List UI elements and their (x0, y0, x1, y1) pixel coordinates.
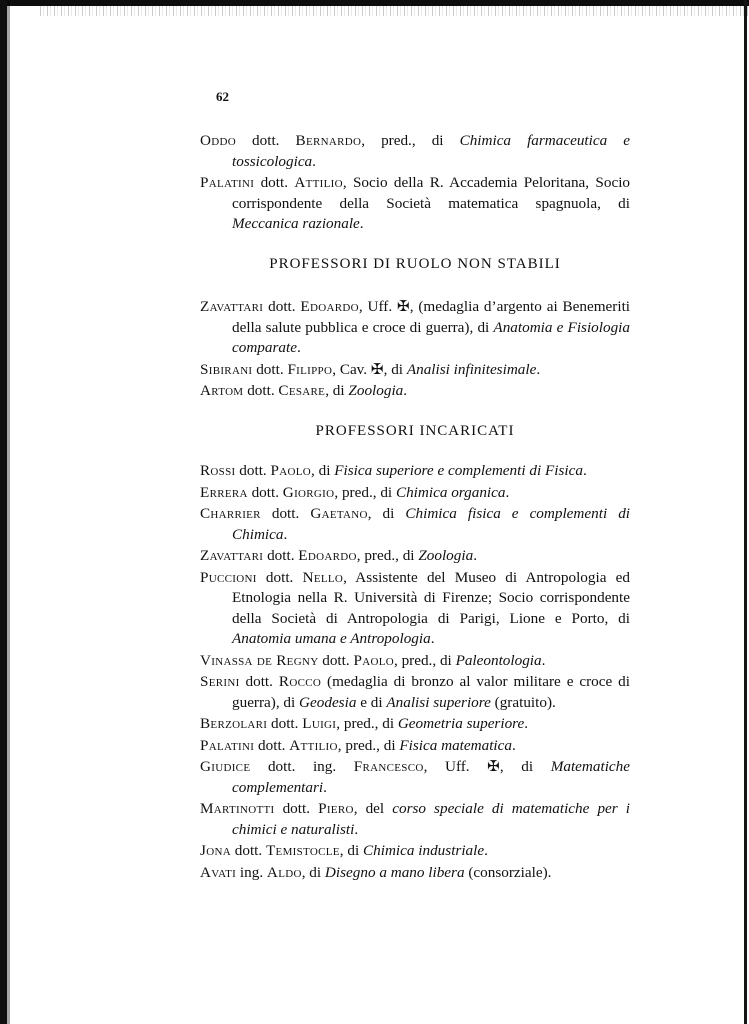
subject-secondary: Analisi superiore (386, 694, 490, 711)
surname: Jona (200, 842, 231, 859)
surname: Charrier (200, 505, 261, 522)
entry: Puccioni dott. Nello, Assistente del Mus… (200, 568, 630, 650)
subject: Fisica matematica (399, 737, 512, 754)
description: , di (325, 382, 348, 399)
punctuation: . (312, 153, 316, 170)
given-name: Gaetano (310, 505, 367, 522)
surname: Sibirani (200, 361, 252, 378)
entry: Serini dott. Rocco (medaglia di bronzo a… (200, 672, 630, 713)
title: dott. ing. (268, 758, 336, 775)
subject: Chimica organica (396, 484, 506, 501)
surname: Errera (200, 484, 248, 501)
description: , pred., di (394, 652, 456, 669)
subject: Zoologia (418, 547, 473, 564)
title: dott. (256, 361, 283, 378)
description: , pred., di (357, 547, 419, 564)
given-name: Cesare (278, 382, 325, 399)
surname: Martinotti (200, 800, 275, 817)
title: dott. (283, 800, 310, 817)
punctuation: . (403, 382, 407, 399)
given-name: Aldo (267, 864, 302, 881)
entry: Rossi dott. Paolo, di Fisica superiore e… (200, 461, 630, 482)
punctuation: . (542, 652, 546, 669)
entry: Berzolari dott. Luigi, pred., di Geometr… (200, 714, 630, 735)
entry: Avati ing. Aldo, di Disegno a mano liber… (200, 863, 630, 884)
description: , di (368, 505, 406, 522)
given-name: Nello (303, 569, 344, 586)
title: dott. (271, 715, 298, 732)
section-heading-incaricati: PROFESSORI INCARICATI (200, 423, 630, 440)
entries-incaricati: Rossi dott. Paolo, di Fisica superiore e… (200, 461, 630, 884)
punctuation: . (536, 361, 540, 378)
section-heading-non-stabili: PROFESSORI DI RUOLO NON STABILI (200, 256, 630, 273)
surname: Giudice (200, 758, 250, 775)
given-name: Paolo (271, 462, 312, 479)
given-name: Edoardo (298, 547, 356, 564)
entry: Zavattari dott. Edoardo, Uff. ✠, (medagl… (200, 297, 630, 359)
scan-border-left (0, 0, 7, 1024)
punctuation: . (506, 484, 510, 501)
surname: Rossi (200, 462, 235, 479)
entries-non-stabili: Zavattari dott. Edoardo, Uff. ✠, (medagl… (200, 297, 630, 403)
punctuation: . (283, 526, 287, 543)
subject: Zoologia (348, 382, 403, 399)
entry: Palatini dott. Attilio, Socio della R. A… (200, 173, 630, 235)
punctuation: . (524, 715, 528, 732)
title: dott. (252, 132, 279, 149)
description: , pred., di (338, 737, 400, 754)
subject: Meccanica razionale (232, 215, 360, 232)
given-name: Luigi (302, 715, 336, 732)
entry: Palatini dott. Attilio, pred., di Fisica… (200, 736, 630, 757)
surname: Avati (200, 864, 236, 881)
title: dott. (246, 673, 273, 690)
description: , Cav. ✠, di (332, 361, 407, 378)
given-name: Rocco (279, 673, 321, 690)
page-number: 62 (216, 89, 229, 105)
entries-top: Oddo dott. Bernardo, pred., di Chimica f… (200, 131, 630, 236)
connector: e di (356, 694, 386, 711)
given-name: Attilio (294, 174, 343, 191)
entry: Giudice dott. ing. Francesco, Uff. ✠, di… (200, 757, 630, 798)
given-name: Attilio (289, 737, 338, 754)
surname: Palatini (200, 174, 254, 191)
entry: Zavattari dott. Edoardo, pred., di Zoolo… (200, 546, 630, 567)
entry: Artom dott. Cesare, di Zoologia. (200, 381, 630, 402)
description: , di (340, 842, 363, 859)
given-name: Francesco (354, 758, 424, 775)
entry: Oddo dott. Bernardo, pred., di Chimica f… (200, 131, 630, 172)
title: dott. (239, 462, 266, 479)
surname: Palatini (200, 737, 254, 754)
title: dott. (267, 547, 294, 564)
punctuation: (gratuito). (491, 694, 556, 711)
punctuation: . (360, 215, 364, 232)
given-name: Giorgio (283, 484, 335, 501)
given-name: Edoardo (300, 298, 358, 315)
surname: Zavattari (200, 298, 263, 315)
scan-shadow-left (7, 0, 10, 1024)
title: dott. (261, 174, 288, 191)
description: , di (302, 864, 325, 881)
surname: Oddo (200, 132, 236, 149)
title: ing. (240, 864, 263, 881)
surname: Vinassa de Regny (200, 652, 318, 669)
punctuation: (consorziale). (465, 864, 552, 881)
entry: Errera dott. Giorgio, pred., di Chimica … (200, 483, 630, 504)
subject: Paleontologia (456, 652, 542, 669)
subject: Anatomia umana e Antropologia (232, 630, 431, 647)
title: dott. (266, 569, 293, 586)
subject: Chimica industriale (363, 842, 484, 859)
punctuation: . (354, 821, 358, 838)
subject: Geometria superiore (398, 715, 524, 732)
title: dott. (272, 505, 299, 522)
scan-border-right (744, 0, 747, 1024)
description: , pred., di (336, 715, 398, 732)
description: , pred., di (361, 132, 459, 149)
surname: Puccioni (200, 569, 257, 586)
entry: Martinotti dott. Piero, del corso specia… (200, 799, 630, 840)
punctuation: . (583, 462, 587, 479)
punctuation: . (297, 339, 301, 356)
given-name: Temistocle (266, 842, 340, 859)
description: , Uff. ✠, di (424, 758, 551, 775)
given-name: Bernardo (296, 132, 362, 149)
description: , del (354, 800, 393, 817)
punctuation: . (484, 842, 488, 859)
entry: Charrier dott. Gaetano, di Chimica fisic… (200, 504, 630, 545)
given-name: Paolo (353, 652, 394, 669)
given-name: Piero (318, 800, 354, 817)
description: , Socio della R. Accademia Peloritana, S… (232, 174, 630, 212)
entry: Vinassa de Regny dott. Paolo, pred., di … (200, 651, 630, 672)
punctuation: . (323, 779, 327, 796)
scan-noise-top (40, 6, 749, 16)
given-name: Filippo (287, 361, 332, 378)
punctuation: . (431, 630, 435, 647)
surname: Artom (200, 382, 243, 399)
description: , pred., di (334, 484, 396, 501)
title: dott. (268, 298, 295, 315)
title: dott. (322, 652, 349, 669)
punctuation: . (473, 547, 477, 564)
surname: Serini (200, 673, 240, 690)
subject: Fisica superiore e complementi di Fisica (334, 462, 583, 479)
subject: Geodesia (299, 694, 356, 711)
title: dott. (252, 484, 279, 501)
entry: Jona dott. Temistocle, di Chimica indust… (200, 841, 630, 862)
entry: Sibirani dott. Filippo, Cav. ✠, di Anali… (200, 360, 630, 381)
surname: Zavattari (200, 547, 263, 564)
subject: Analisi infinitesimale (407, 361, 537, 378)
surname: Berzolari (200, 715, 267, 732)
subject: Disegno a mano libera (325, 864, 465, 881)
title: dott. (247, 382, 274, 399)
punctuation: . (512, 737, 516, 754)
description: , di (311, 462, 334, 479)
title: dott. (235, 842, 262, 859)
title: dott. (258, 737, 285, 754)
